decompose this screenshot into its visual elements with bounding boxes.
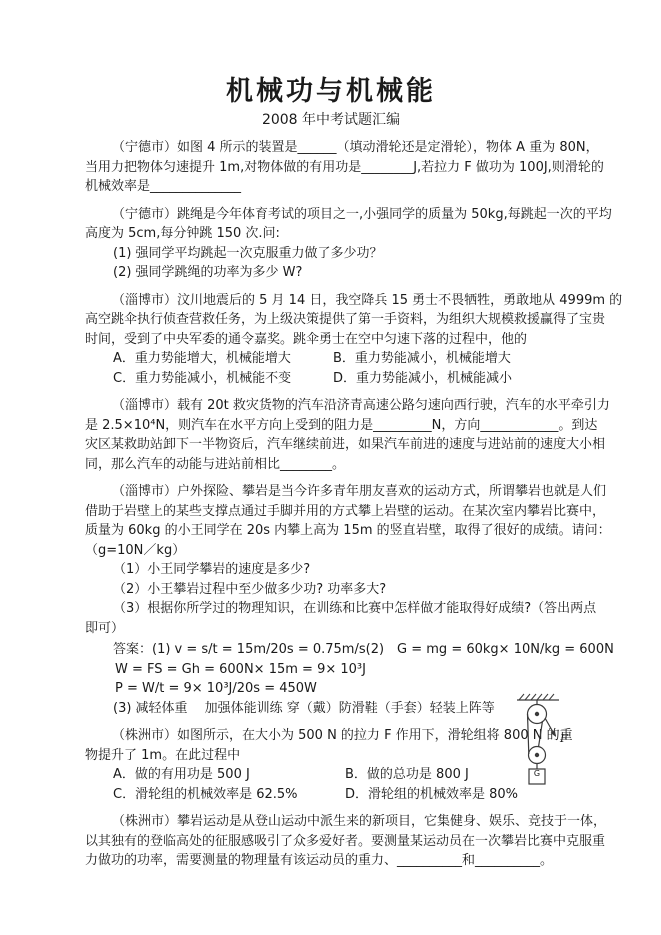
q2-line-1: （宁德市）跳绳是今年体育考试的项目之一,小强同学的质量为 50kg,每跳起一次的… <box>85 205 661 225</box>
page-subtitle: 2008 年中考试题汇编 <box>85 110 577 130</box>
pulley-diagram: F G <box>506 692 570 796</box>
q6-options-row-2: C．滑轮组的机械效率是 62.5% D．滑轮组的机械效率是 80% <box>85 785 661 805</box>
force-label: F <box>559 732 568 745</box>
question-zhuzhou-pulley: （株洲市）如图所示，在大小为 500 N 的拉力 F 作用下，滑轮组将 800 … <box>85 726 661 804</box>
q2-line-2: 高度为 5cm,每分钟跳 150 次.问: <box>85 224 661 244</box>
q6-option-d: D．滑轮组的机械效率是 80% <box>345 785 518 805</box>
q6-line-1: （株洲市）如图所示，在大小为 500 N 的拉力 F 作用下，滑轮组将 800 … <box>85 726 661 746</box>
q2-sub-2: (2) 强同学跳绳的功率为多少 W? <box>85 263 661 283</box>
q7-line-3: 力做功的功率，需要测量的物理量有该运动员的重力、__________和_____… <box>85 851 661 871</box>
question-zibo-truck: （淄博市）载有 20t 救灾货物的汽车沿济青高速公路匀速向西行驶，汽车的水平牵引… <box>85 396 661 474</box>
question-zibo-climbing: （淄博市）户外探险、攀岩是当今许多青年朋友喜欢的运动方式，所谓攀岩也就是人们 借… <box>85 482 661 638</box>
weight-label: G <box>534 769 540 778</box>
question-ningde-pulley: （宁德市）如图 4 所示的装置是______（填动滑轮还是定滑轮），物体 A 重… <box>85 138 661 197</box>
q1-line-2: 当用力把物体匀速提升 1m,对物体做的有用功是________J,若拉力 F 做… <box>85 158 661 178</box>
q4-line-1: （淄博市）载有 20t 救灾货物的汽车沿济青高速公路匀速向西行驶，汽车的水平牵引… <box>85 396 661 416</box>
rope-left-strand <box>528 714 529 754</box>
answer-block: 答案：(1) v = s/t = 15m/20s = 0.75m/s(2) G … <box>85 640 661 718</box>
q6-line-2: 物提升了 1m。在此过程中 <box>85 746 661 766</box>
q5-sub-3-cont: 即可） <box>85 619 661 639</box>
q5-sub-1: （1）小王同学攀岩的速度是多少? <box>85 560 661 580</box>
ceiling-hatch <box>519 694 554 700</box>
q3-option-a: A．重力势能增大，机械能增大 <box>113 349 333 369</box>
force-rope <box>545 718 553 732</box>
q6-option-c: C．滑轮组的机械效率是 62.5% <box>113 785 345 805</box>
q2-sub-1: (1) 强同学平均跳起一次克服重力做了多少功？ <box>85 244 661 264</box>
movable-pulley-axle <box>535 753 538 756</box>
q3-option-d: D．重力势能减小，机械能减小 <box>333 369 512 389</box>
q1-line-3: 机械效率是______________ <box>85 177 661 197</box>
q4-line-3: 灾区某救助站卸下一半物资后，汽车继续前进，如果汽车前进的速度与进站前的速度大小相 <box>85 435 661 455</box>
q3-options-row-1: A．重力势能增大，机械能增大 B．重力势能减小，机械能增大 <box>85 349 661 369</box>
q3-line-2: 高空跳伞执行侦查营救任务，为上级决策提供了第一手资料，为组织大规模救援赢得了宝贵 <box>85 310 661 330</box>
force-arrowhead <box>551 730 556 737</box>
q7-line-2: 以其独有的登临高处的征服感吸引了众多爱好者。要测量某运动员在一次攀岩比赛中克服重 <box>85 832 661 852</box>
q3-option-c: C．重力势能减小，机械能不变 <box>113 369 333 389</box>
q1-line-1: （宁德市）如图 4 所示的装置是______（填动滑轮还是定滑轮），物体 A 重… <box>85 138 661 158</box>
rope-right-strand <box>539 721 543 747</box>
q7-line-1: （株洲市）攀岩运动是从登山运动中派生来的新项目，它集健身、娱乐、竞技于一体， <box>85 812 661 832</box>
question-zibo-parachute: （淄博市）汶川地震后的 5 月 14 日，我空降兵 15 勇士不畏牺牲，勇敢地从… <box>85 291 661 389</box>
q3-line-3: 时间，受到了中央军委的通令嘉奖。跳伞勇士在空中匀速下落的过程中，他的 <box>85 330 661 350</box>
page-title: 机械功与机械能 <box>85 76 577 108</box>
q5-sub-2: （2）小王攀岩过程中至少做多少功? 功率多大? <box>85 580 661 600</box>
answer-line-1: 答案：(1) v = s/t = 15m/20s = 0.75m/s(2) G … <box>85 640 661 660</box>
q6-options-row-1: A．做的有用功是 500 J B．做的总功是 800 J <box>85 765 661 785</box>
q6-option-a: A．做的有用功是 500 J <box>113 765 345 785</box>
answer-line-2: W = FS = Gh = 600N× 15m = 9× 10³J <box>85 660 661 680</box>
q4-line-4: 同，那么汽车的动能与进站前相比________。 <box>85 455 661 475</box>
answer-line-3: P = W/t = 9× 10³J/20s = 450W <box>85 679 661 699</box>
q3-options-row-2: C．重力势能减小，机械能不变 D．重力势能减小，机械能减小 <box>85 369 661 389</box>
q4-line-2: 是 2.5×10⁴N，则汽车在水平方向上受到的阻力是_________N，方向_… <box>85 416 661 436</box>
question-ningde-ropeskip: （宁德市）跳绳是今年体育考试的项目之一,小强同学的质量为 50kg,每跳起一次的… <box>85 205 661 283</box>
answer-line-4: (3) 减轻体重 加强体能训练 穿（戴）防滑鞋（手套）轻装上阵等 <box>85 699 661 719</box>
q5-line-2: 借助于岩壁上的某些支撑点通过手脚并用的方式攀上岩壁的运动。在某次室内攀岩比赛中， <box>85 502 661 522</box>
exam-page: 机械功与机械能 2008 年中考试题汇编 （宁德市）如图 4 所示的装置是___… <box>0 0 661 935</box>
question-zhuzhou-climbing: （株洲市）攀岩运动是从登山运动中派生来的新项目，它集健身、娱乐、竞技于一体， 以… <box>85 812 661 871</box>
fixed-pulley-axle <box>535 712 538 715</box>
q3-option-b: B．重力势能减小，机械能增大 <box>333 349 511 369</box>
q3-line-1: （淄博市）汶川地震后的 5 月 14 日，我空降兵 15 勇士不畏牺牲，勇敢地从… <box>85 291 661 311</box>
q5-line-3: 质量为 60kg 的小王同学在 20s 内攀上高为 15m 的竖直岩壁，取得了很… <box>85 521 661 541</box>
q5-g-note: （g=10N／kg） <box>85 541 661 561</box>
q5-sub-3: （3）根据你所学过的物理知识，在训练和比赛中怎样做才能取得好成绩?（答出两点 <box>85 599 661 619</box>
q6-option-b: B．做的总功是 800 J <box>345 765 469 785</box>
q5-line-1: （淄博市）户外探险、攀岩是当今许多青年朋友喜欢的运动方式，所谓攀岩也就是人们 <box>85 482 661 502</box>
pulley-diagram-svg: F G <box>506 692 570 796</box>
